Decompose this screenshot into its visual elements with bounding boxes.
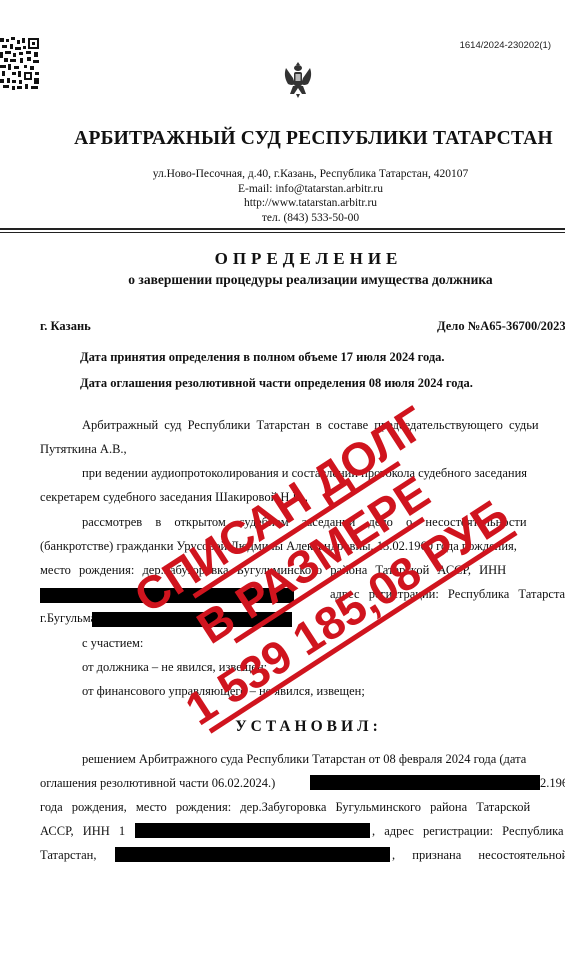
body-line: г.Бугульма, — [40, 611, 99, 626]
established-heading: УСТАНОВИЛ: — [0, 718, 565, 736]
established-line: Татарстан, — [40, 848, 97, 863]
court-email: E-mail: info@tatarstan.arbitr.ru — [56, 182, 565, 197]
established-line: решением Арбитражного суда Республики Та… — [82, 752, 526, 767]
date-full-text: Дата принятия определения в полном объем… — [80, 350, 445, 365]
redaction-bar — [310, 775, 540, 790]
court-contacts: ул.Ново-Песочная, д.40, г.Казань, Респуб… — [0, 167, 565, 225]
document-type: ОПРЕДЕЛЕНИЕ — [0, 249, 565, 269]
court-website: http://www.tatarstan.arbitr.ru — [56, 196, 565, 211]
established-line: оглашения резолютивной части 06.02.2024.… — [40, 776, 275, 791]
debt-written-off-stamp: СПИСАН ДОЛГ В РАЗМЕРЕ 1 539 185,08 РУБ — [92, 398, 532, 718]
header-divider — [0, 228, 565, 230]
established-line: АССР, ИНН 1 — [40, 824, 125, 839]
established-line: , признана несостоятельной — [392, 848, 565, 863]
court-address: ул.Ново-Песочная, д.40, г.Казань, Респуб… — [56, 167, 565, 182]
case-number: Дело №А65-36700/2023 — [437, 319, 565, 334]
established-line: года рождения, место рождения: дер.Забуг… — [40, 800, 530, 815]
header-divider-thin — [0, 232, 565, 233]
established-line: , адрес регистрации: Республика — [372, 824, 564, 839]
document-subtitle: о завершении процедуры реализации имущес… — [0, 272, 565, 288]
redaction-bar — [135, 823, 370, 838]
established-line: 2.1960 — [540, 776, 565, 791]
date-operative-part: Дата оглашения резолютивной части опреде… — [80, 376, 473, 391]
document-number: 1614/2024-230202(1) — [460, 40, 551, 51]
stamp-underline — [210, 533, 516, 732]
court-title: АРБИТРАЖНЫЙ СУД РЕСПУБЛИКИ ТАТАРСТАН — [0, 128, 565, 150]
coat-of-arms-icon — [282, 60, 314, 100]
redaction-bar — [115, 847, 390, 862]
city: г. Казань — [40, 319, 91, 334]
court-phone: тел. (843) 533-50-00 — [56, 211, 565, 226]
qr-code — [0, 36, 40, 92]
